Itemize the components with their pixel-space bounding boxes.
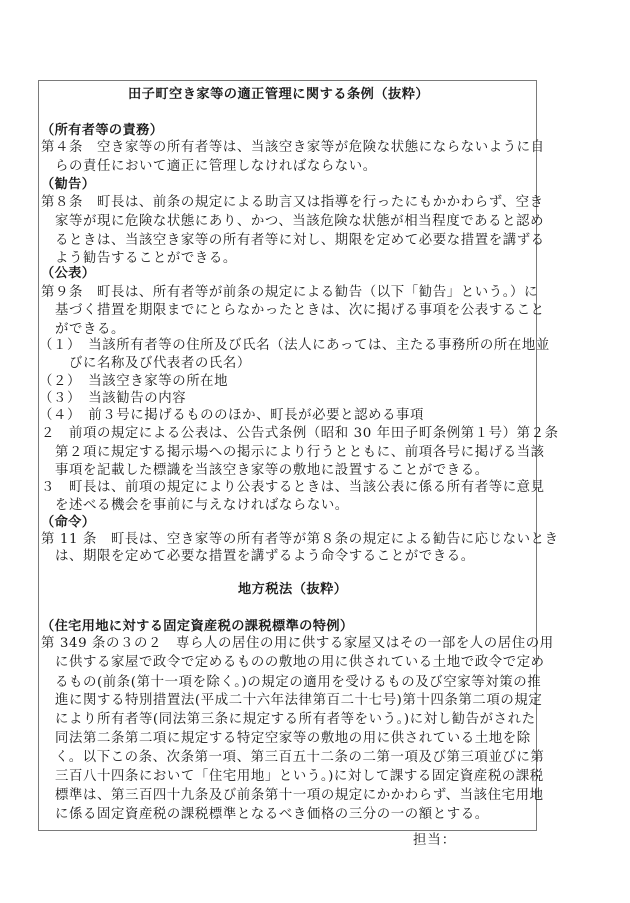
item-1-line-1: （１） 当該所有者等の住所及び氏名（法人にあっては、主たる事務所の所在地並 [39, 338, 550, 354]
article-9-para-2-line-3: 事項を記載した標識を当該空き家等の敷地に設置することができる。 [55, 463, 489, 479]
article-349-line-6: 同法第二条第二項に規定する特定空家等の敷地の用に供されている土地を除 [55, 731, 531, 747]
person-in-charge-label: 担当： [413, 833, 456, 849]
article-11-line-1: 第 11 条 町長は、空き家等の所有者等が第８条の規定による勧告に応じないとき [41, 532, 559, 548]
article-9-line-2: 基づく措置を期限までにとらなかったときは、次に掲げる事項を公表すること [55, 303, 545, 319]
article-8-line-1: 第８条 町長は、前条の規定による助言又は指導を行ったにもかかわらず、空き [41, 195, 544, 211]
document-frame: 田子町空き家等の適正管理に関する条例（抜粋） （所有者等の責務） 第４条 空き家… [38, 80, 537, 831]
section-heading-publication: （公表） [41, 266, 95, 282]
article-9-para-2-line-2: 第２項に規定する掲示場への掲示により行うとともに、前項各号に掲げる当該 [55, 445, 545, 461]
article-4-line-2: らの責任において適正に管理しなければならない。 [55, 159, 377, 175]
article-349-line-3: るもの(前条(第十一項を除く。)の規定の適用を受けるもの及び空家等対策の推 [55, 675, 541, 691]
item-1-line-2: びに名称及び代表者の氏名） [69, 356, 251, 372]
tax-law-title: 地方税法（抜粋） [238, 582, 348, 598]
article-9-para-3-line-1: ３ 町長は、前項の規定により公表するときは、当該公表に係る所有者等に意見 [41, 480, 545, 496]
section-heading-order: （命令） [41, 515, 95, 531]
article-8-line-3: るときは、当該空き家等の所有者等に対し、期限を定めて必要な措置を講ずる [55, 233, 545, 249]
section-heading-residential-land: （住宅用地に対する固定資産税の課税標準の特例） [41, 619, 354, 635]
article-8-line-2: 家等が現に危険な状態にあり、かつ、当該危険な状態が相当程度であると認め [55, 214, 544, 230]
article-9-para-3-line-2: を述べる機会を事前に与えなければならない。 [55, 498, 349, 514]
article-349-line-8: 三百八十四条において「住宅用地」という。)に対して課する固定資産税の課税 [55, 769, 544, 785]
article-8-line-4: よう勧告することができる。 [55, 251, 237, 267]
article-9-para-2-line-1: ２ 前項の規定による公表は、公告式条例（昭和 30 年田子町条例第１号）第２条 [41, 426, 559, 442]
article-349-line-4: 進に関する特別措置法(平成二十六年法律第百二十七号)第十四条第二項の規定 [55, 693, 542, 709]
item-2: （２） 当該空き家等の所在地 [39, 374, 228, 390]
article-9-line-1: 第９条 町長は、所有者等が前条の規定による勧告（以下「勧告」という。）に [41, 285, 538, 301]
item-3: （３） 当該勧告の内容 [39, 391, 186, 407]
item-4: （４） 前３号に掲げるもののほか、町長が必要と認める事項 [39, 408, 424, 424]
article-4-line-1: 第４条 空き家等の所有者等は、当該空き家等が危険な状態にならないように自 [41, 140, 545, 156]
ordinance-title: 田子町空き家等の適正管理に関する条例（抜粋） [128, 87, 429, 103]
section-heading-recommendation: （勧告） [41, 177, 95, 193]
article-349-line-9: 標準は、第三百四十九条及び前条第十一項の規定にかかわらず、当該住宅用地 [55, 788, 544, 804]
article-349-line-7: く。以下この条、次条第一項、第三百五十二条の二第一項及び第三項並びに第 [55, 750, 544, 766]
section-heading-owner-duty: （所有者等の責務） [41, 123, 163, 139]
article-349-line-2: に供する家屋で政令で定めるものの敷地の用に供されている土地で政令で定め [55, 655, 545, 671]
article-349-line-1: 第 349 条の３の２ 専ら人の居住の用に供する家屋又はその一部を人の居住の用 [41, 636, 554, 652]
article-9-line-3: ができる。 [55, 322, 125, 338]
article-11-line-2: は、期限を定めて必要な措置を講ずるよう命令することができる。 [55, 549, 475, 565]
article-349-line-10: に係る固定資産税の課税標準となるべき価格の三分の一の額とする。 [55, 807, 489, 823]
article-349-line-5: により所有者等(同法第三条に規定する所有者等をいう。)に対し勧告がされた [55, 712, 536, 728]
